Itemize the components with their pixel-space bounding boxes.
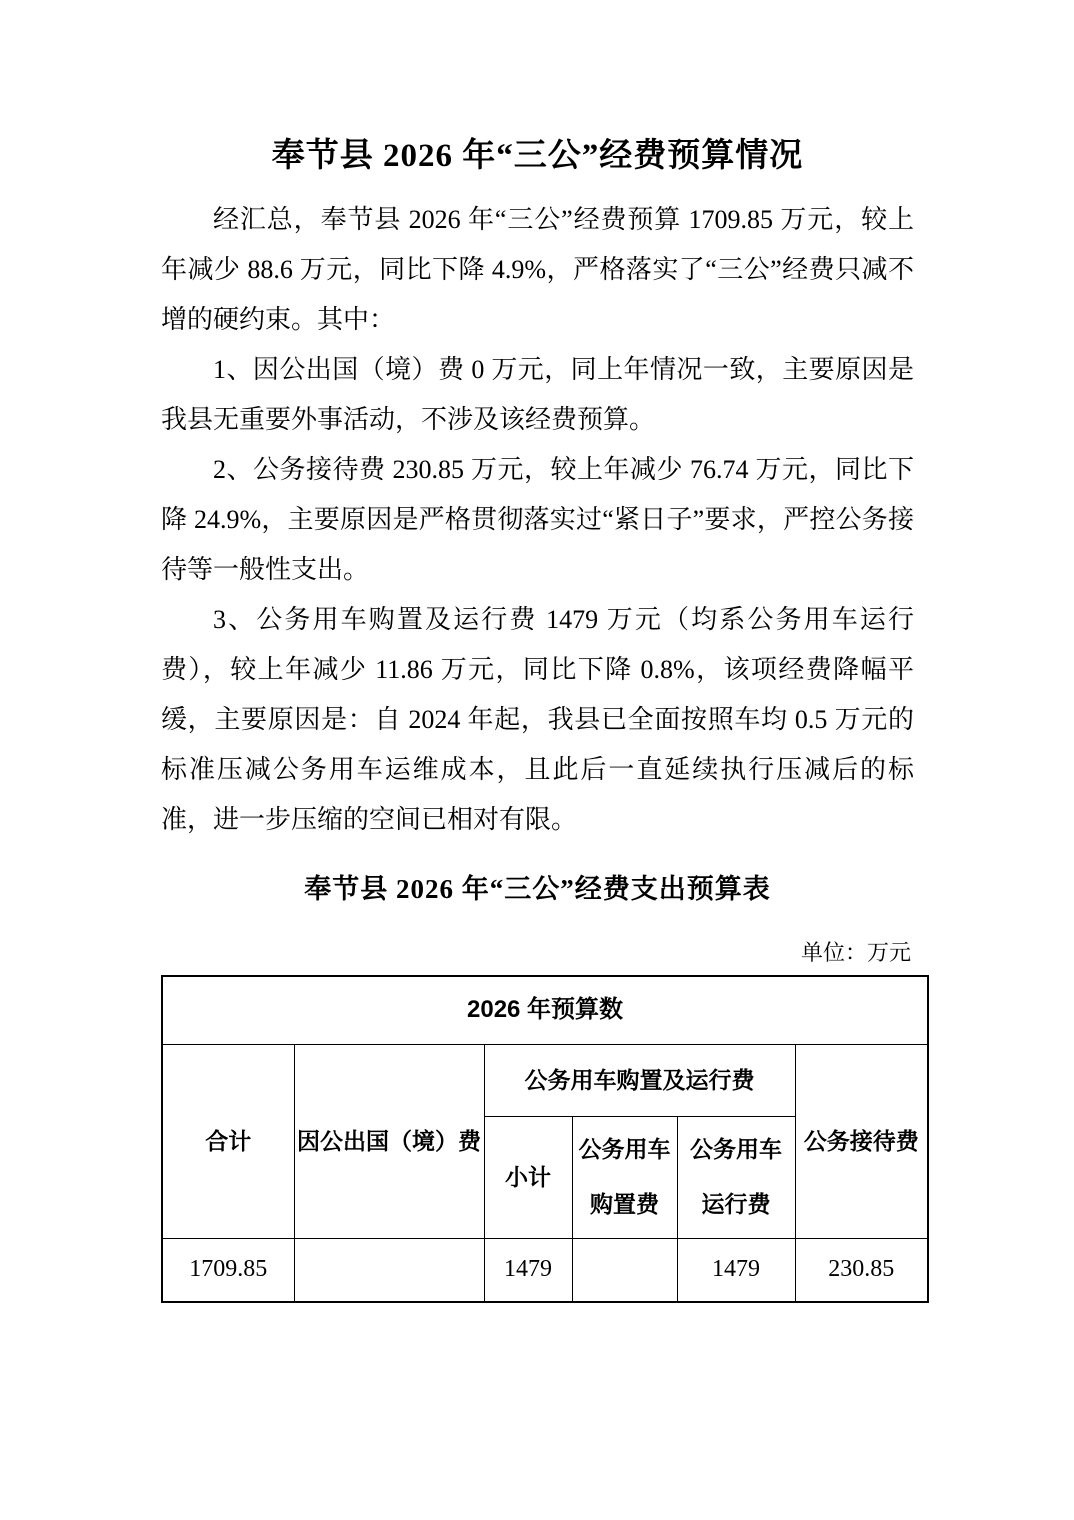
budget-table: 2026 年预算数 合计 因公出国（境）费 公务用车购置及运行费 公务接待费 小… [161, 975, 929, 1303]
document-title: 奉节县 2026 年“三公”经费预算情况 [161, 133, 914, 179]
paragraph-item-2-reception-fee: 2、公务接待费 230.85 万元，较上年减少 76.74 万元，同比下降 24… [161, 445, 914, 595]
paragraph-item-1-abroad-fee: 1、因公出国（境）费 0 万元，同上年情况一致，主要原因是我县无重要外事活动，不… [161, 345, 914, 445]
paragraph-summary: 经汇总，奉节县 2026 年“三公”经费预算 1709.85 万元，较上年减少 … [161, 195, 914, 345]
header-abroad-fee: 因公出国（境）费 [294, 1044, 484, 1238]
cell-vehicle-purchase [572, 1238, 677, 1302]
cell-vehicle-operation: 1479 [677, 1238, 795, 1302]
header-vehicle-group: 公务用车购置及运行费 [484, 1044, 795, 1116]
cell-total: 1709.85 [162, 1238, 294, 1302]
table-row-group-header: 合计 因公出国（境）费 公务用车购置及运行费 公务接待费 [162, 1044, 928, 1116]
table-row-year: 2026 年预算数 [162, 976, 928, 1044]
unit-note: 单位：万元 [161, 939, 927, 967]
header-vehicle-purchase: 公务用车购置费 [572, 1116, 677, 1238]
header-total: 合计 [162, 1044, 294, 1238]
cell-reception-fee: 230.85 [795, 1238, 928, 1302]
budget-table-caption: 奉节县 2026 年“三公”经费支出预算表 [161, 871, 914, 907]
cell-abroad-fee [294, 1238, 484, 1302]
document-content: 奉节县 2026 年“三公”经费预算情况 经汇总，奉节县 2026 年“三公”经… [161, 133, 914, 1303]
table-row-data: 1709.85 1479 1479 230.85 [162, 1238, 928, 1302]
cell-vehicle-subtotal: 1479 [484, 1238, 572, 1302]
header-vehicle-operation: 公务用车运行费 [677, 1116, 795, 1238]
paragraph-item-3-vehicle-fee: 3、公务用车购置及运行费 1479 万元（均系公务用车运行费），较上年减少 11… [161, 595, 914, 845]
header-vehicle-subtotal: 小计 [484, 1116, 572, 1238]
document-page: 奉节县 2026 年“三公”经费预算情况 经汇总，奉节县 2026 年“三公”经… [0, 0, 1074, 1520]
header-reception-fee: 公务接待费 [795, 1044, 928, 1238]
header-year-budget: 2026 年预算数 [162, 976, 928, 1044]
